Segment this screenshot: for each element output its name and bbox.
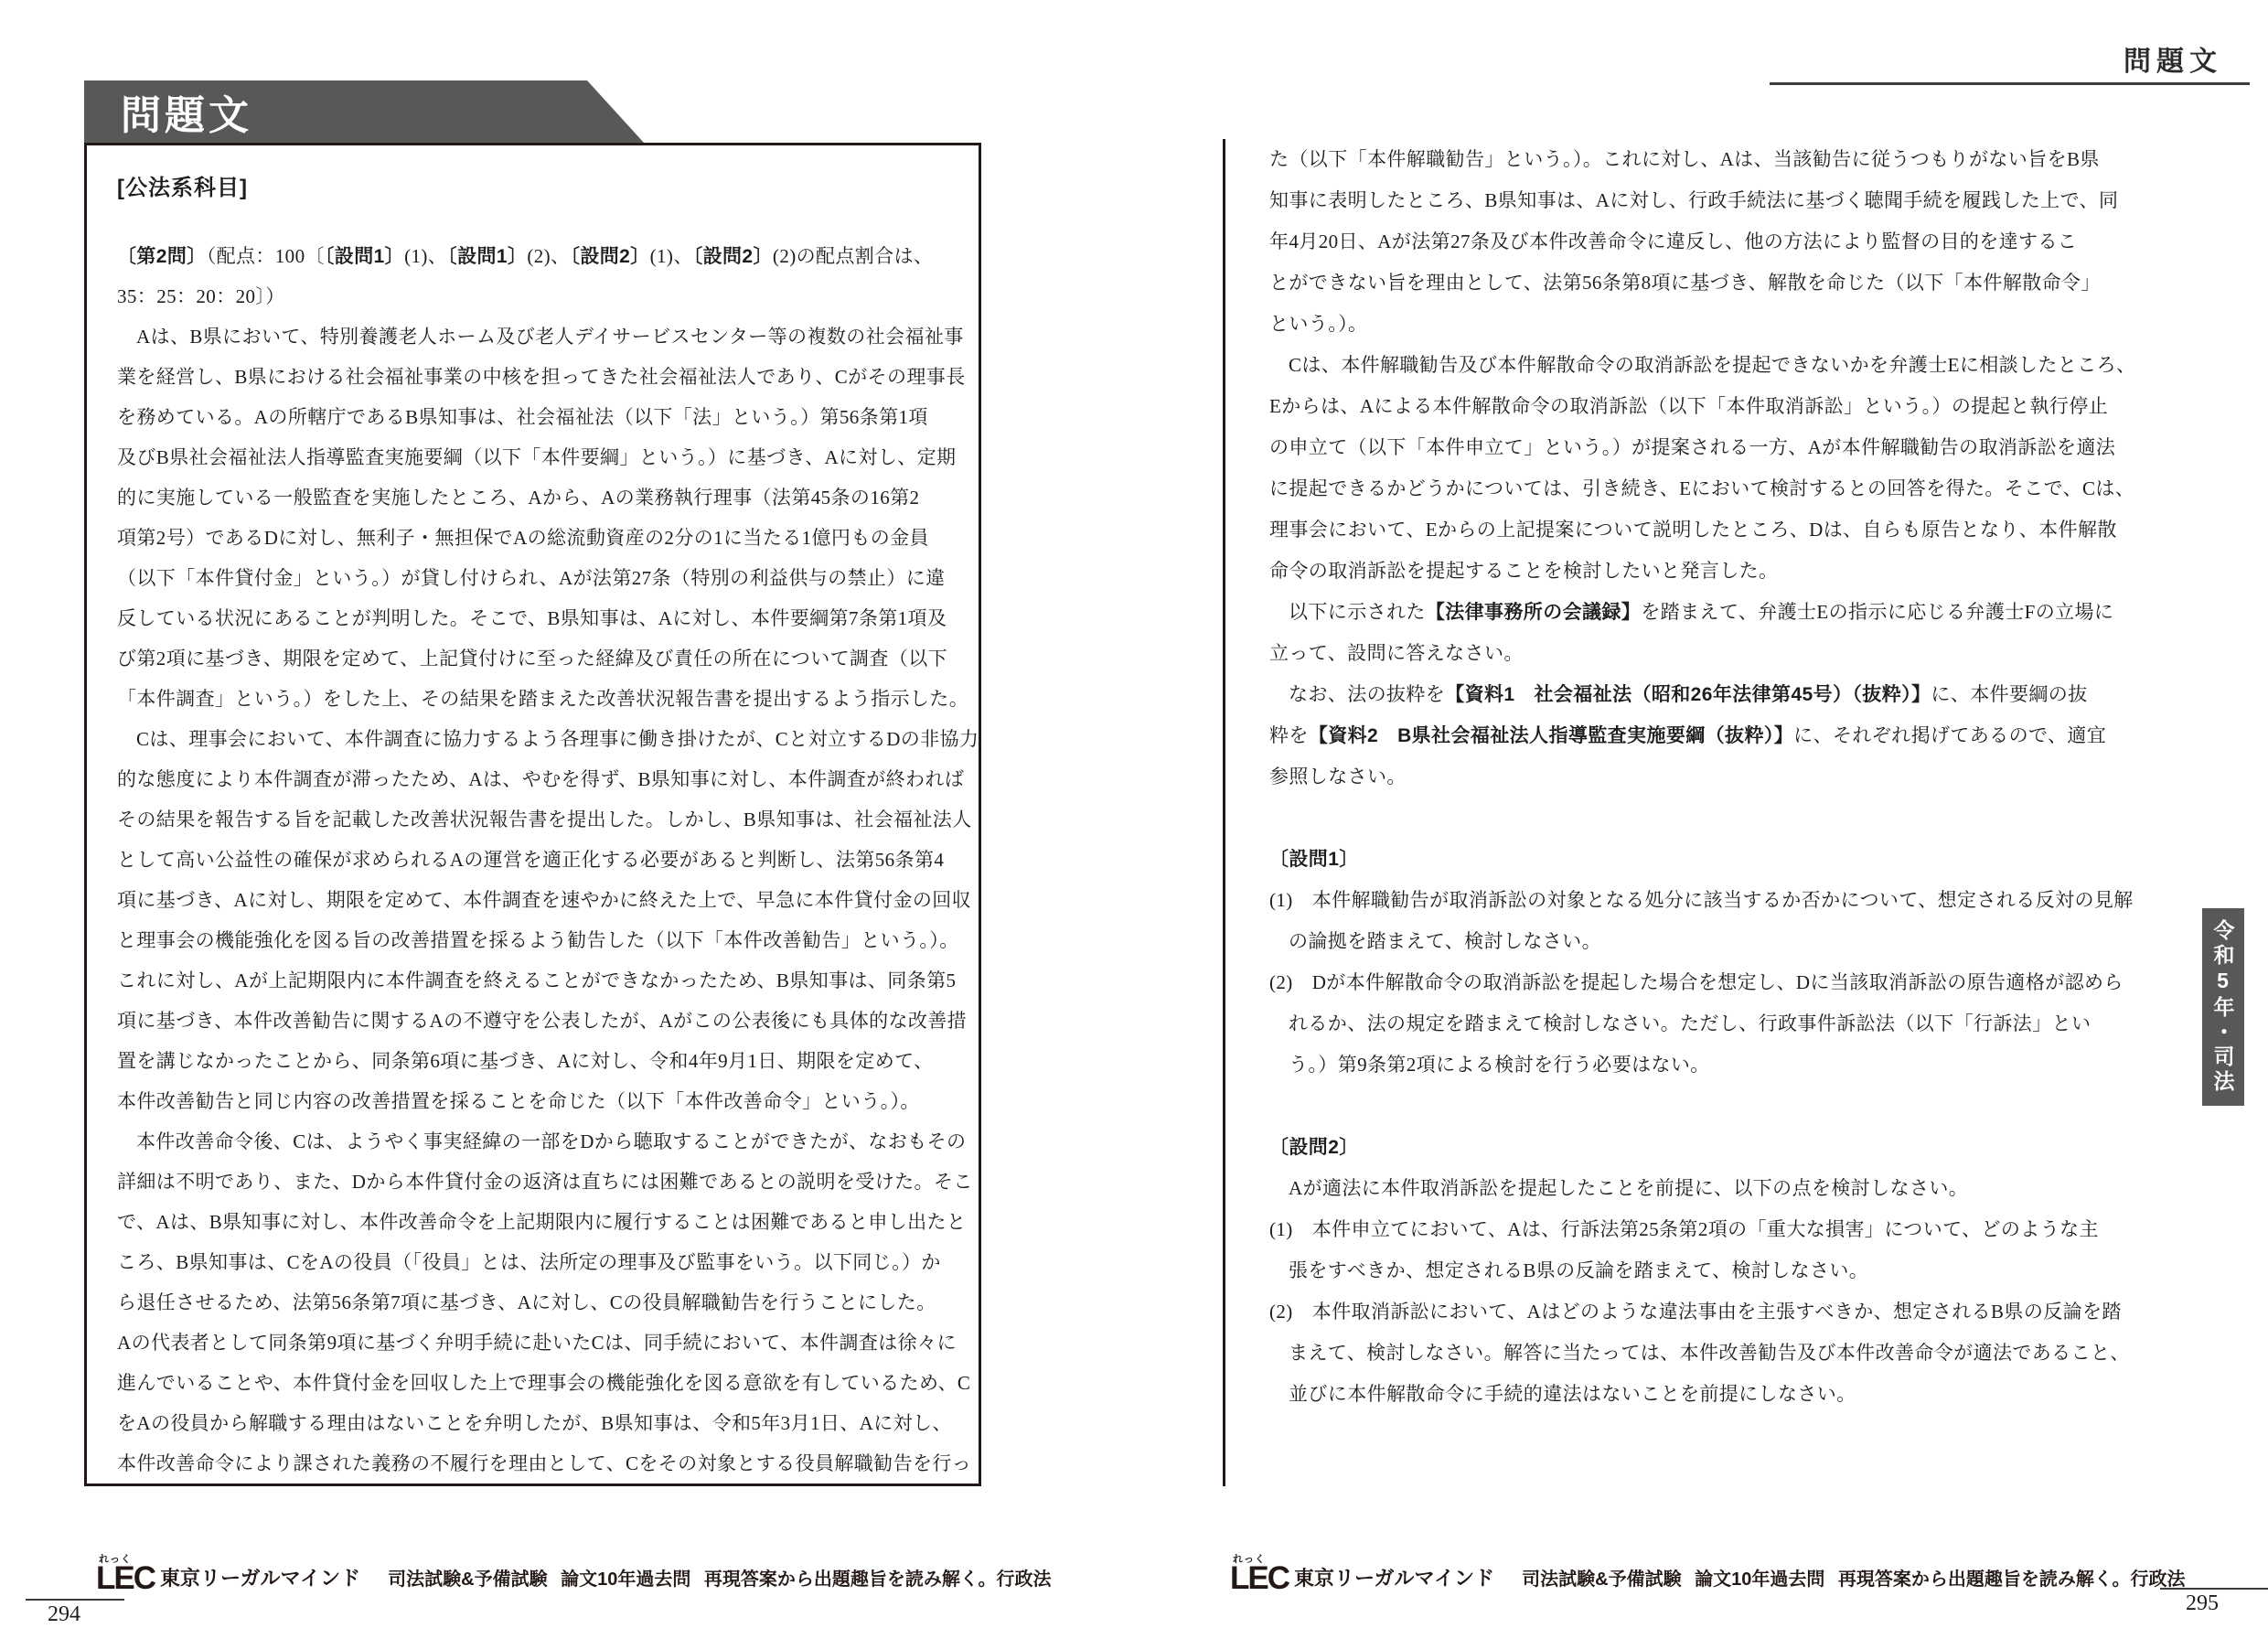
text-line: 「本件調査」という。）をした上、その結果を踏まえた改善状況報告書を提出するよう指… <box>117 679 977 719</box>
text-line: 本件改善命令により課された義務の不履行を理由として、Cをその対象とする役員解職勧… <box>117 1443 977 1484</box>
text-line: 本件改善命令後、Cは、ようやく事実経緯の一部をDから聴取することができたが、なお… <box>117 1121 977 1162</box>
text-line: とができない旨を理由として、法第56条第8項に基づき、解散を命じた（以下「本件解… <box>1269 262 2129 304</box>
text-line: を務めている。Aの所轄庁であるB県知事は、社会福祉法（以下「法」という。）第56… <box>117 397 977 437</box>
edition-side-tab-label: 令和5年・司法 <box>2209 919 2239 1095</box>
text-line: の申立て（以下「本件申立て」という。）が提案される一方、Aが本件解職勧告の取消訴… <box>1269 427 2129 468</box>
text-line: Cは、本件解職勧告及び本件解散命令の取消訴訟を提起できないかを弁護士Eに相談した… <box>1269 345 2129 386</box>
text-line: (1)本件解職勧告が取消訴訟の対象となる処分に該当するか否かについて、想定される… <box>1269 880 2129 921</box>
text-line: 粋を【資料2B県社会福祉法人指導監査実施要綱（抜粋）】に、それぞれ掲げてあるので… <box>1269 715 2129 756</box>
text-line: た（以下「本件解職勧告」という。）。これに対し、Aは、当該勧告に従うつもりがない… <box>1269 139 2129 180</box>
book-slogan: 司法試験&予備試験 論文10年過去問 再現答案から出題趣旨を読み解く。行政法 <box>388 1557 1051 1591</box>
text-line: Cは、理事会において、本件調査に協力するよう各理事に働き掛けたが、Cと対立するD… <box>117 719 977 759</box>
text-line: Eからは、Aによる本件解散命令の取消訴訟（以下「本件取消訴訟」という。）の提起と… <box>1269 386 2129 427</box>
page-number-right: 295 <box>2164 1591 2241 1616</box>
text-line: 並びに本件解散命令に手続的違法はないことを前提にしなさい。 <box>1269 1374 2129 1415</box>
text-line: に提起できるかどうかについては、引き続き、Eにおいて検討するとの回答を得た。そこ… <box>1269 468 2129 509</box>
footer-left: れっく LEC 東京リーガルマインド 司法試験&予備試験 論文10年過去問 再現… <box>96 1549 1052 1597</box>
text-line: の論拠を踏まえて、検討しなさい。 <box>1269 921 2129 962</box>
lec-logo: れっく LEC <box>96 1553 155 1594</box>
text-line: 業を経営し、B県における社会福祉事業の中核を担ってきた社会福祉法人であり、Cがそ… <box>117 357 977 397</box>
text-line: 〔設問2〕 <box>1269 1127 2129 1168</box>
page-number-rule-right <box>2160 1588 2268 1590</box>
lec-logo-furigana: れっく <box>99 1551 132 1566</box>
text-line: 進んでいることや、本件貸付金を回収した上で理事会の機能強化を図る意欲を有している… <box>117 1363 977 1403</box>
text-line: （以下「本件貸付金」という。）が貸し付けられ、Aが法第27条（特別の利益供与の禁… <box>117 558 977 598</box>
section-banner-title: 問題文 <box>121 82 252 141</box>
text-line: 立って、設問に答えなさい。 <box>1269 633 2129 674</box>
right-page-text: た（以下「本件解職勧告」という。）。これに対し、Aは、当該勧告に従うつもりがない… <box>1269 139 2129 1415</box>
text-line: 項に基づき、本件改善勧告に関するAの不遵守を公表したが、Aがこの公表後にも具体的… <box>117 1001 977 1041</box>
text-line: なお、法の抜粋を【資料1社会福祉法（昭和26年法律第45号）（抜粋）】に、本件要… <box>1269 674 2129 715</box>
text-line: 〔設問1〕 <box>1269 839 2129 880</box>
text-line: 的に実施している一般監査を実施したところ、Aから、Aの業務執行理事（法第45条の… <box>117 477 977 518</box>
section-banner: 問題文 <box>84 80 644 143</box>
text-line: 知事に表明したところ、B県知事は、Aに対し、行政手続法に基づく聴聞手続を履践した… <box>1269 180 2129 221</box>
text-line: Aは、B県において、特別養護老人ホーム及び老人デイサービスセンター等の複数の社会… <box>117 316 977 357</box>
text-line: 35：25：20：20〕） <box>117 276 977 316</box>
text-line: Aの代表者として同条第9項に基づく弁明手続に赴いたCは、同手続において、本件調査… <box>117 1323 977 1363</box>
text-line: 的な態度により本件調査が滞ったため、Aは、やむを得ず、B県知事に対し、本件調査が… <box>117 759 977 799</box>
text-line: と理事会の機能強化を図る旨の改善措置を採るよう勧告した（以下「本件改善勧告」とい… <box>117 920 977 960</box>
text-line: まえて、検討しなさい。解答に当たっては、本件改善勧告及び本件改善命令が適法である… <box>1269 1333 2129 1374</box>
text-line: 及びB県社会福祉法人指導監査実施要綱（以下「本件要綱」という。）に基づき、Aに対… <box>117 437 977 477</box>
text-line: (2)本件取消訴訟において、Aはどのような違法事由を主張すべきか、想定されるB県… <box>1269 1291 2129 1333</box>
page-number-rule-left <box>26 1599 124 1601</box>
text-line: 反している状況にあることが判明した。そこで、B県知事は、Aに対し、本件要綱第7条… <box>117 598 977 638</box>
footer-right: れっく LEC 東京リーガルマインド 司法試験&予備試験 論文10年過去問 再現… <box>1230 1549 2186 1597</box>
text-line: れるか、法の規定を踏まえて検討しなさい。ただし、行政事件訴訟法（以下「行訴法」と… <box>1269 1003 2129 1044</box>
text-line: 〔第2問〕（配点：100〔〔設問1〕(1)、〔設問1〕(2)、〔設問2〕(1)、… <box>117 236 977 276</box>
book-slogan: 司法試験&予備試験 論文10年過去問 再現答案から出題趣旨を読み解く。行政法 <box>1522 1557 2185 1591</box>
text-line: 張をすべきか、想定されるB県の反論を踏まえて、検討しなさい。 <box>1269 1250 2129 1291</box>
page-number-left: 294 <box>26 1602 102 1627</box>
text-line: う。）第9条第2項による検討を行う必要はない。 <box>1269 1044 2129 1086</box>
text-line: で、Aは、B県知事に対し、本件改善命令を上記期限内に履行することは困難であると申… <box>117 1202 977 1242</box>
text-line: (1)本件申立てにおいて、Aは、行訴法第25条第2項の「重大な損害」について、ど… <box>1269 1209 2129 1250</box>
text-line: 詳細は不明であり、また、Dから本件貸付金の返済は直ちには困難であるとの説明を受け… <box>117 1162 977 1202</box>
text-line: 以下に示された【法律事務所の会議録】を踏まえて、弁護士Eの指示に応じる弁護士Fの… <box>1269 592 2129 633</box>
publisher-name: 東京リーガルマインド <box>1294 1556 1494 1591</box>
lec-logo: れっく LEC <box>1230 1553 1289 1594</box>
text-line: 項に基づき、Aに対し、期限を定めて、本件調査を速やかに終えた上で、早急に本件貸付… <box>117 880 977 920</box>
publisher-name: 東京リーガルマインド <box>160 1556 360 1591</box>
left-page-text: 〔第2問〕（配点：100〔〔設問1〕(1)、〔設問1〕(2)、〔設問2〕(1)、… <box>117 236 977 1484</box>
text-line: び第2項に基づき、期限を定めて、上記貸付けに至った経緯及び責任の所在について調査… <box>117 638 977 679</box>
text-line: 置を講じなかったことから、同条第6項に基づき、Aに対し、令和4年9月1日、期限を… <box>117 1041 977 1081</box>
right-page-rule <box>1223 139 1225 1486</box>
text-line: という。）。 <box>1269 304 2129 345</box>
text-line: 項第2号）であるDに対し、無利子・無担保でAの総流動資産の2分の1に当たる1億円… <box>117 518 977 558</box>
text-line <box>1269 798 2129 839</box>
text-line: ころ、B県知事は、CをAの役員（「役員」とは、法所定の理事及び監事をいう。以下同… <box>117 1242 977 1282</box>
lec-logo-furigana: れっく <box>1233 1551 1266 1566</box>
edition-side-tab: 令和5年・司法 <box>2202 908 2244 1106</box>
text-line: 参照しなさい。 <box>1269 756 2129 798</box>
text-line: 本件改善勧告と同じ内容の改善措置を採ることを命じた（以下「本件改善命令」という。… <box>117 1081 977 1121</box>
running-head-rule <box>1770 82 2250 85</box>
subject-label: [公法系科目] <box>117 169 248 201</box>
running-head: 問題文 <box>2124 38 2222 79</box>
text-line: 理事会において、Eからの上記提案について説明したところ、Dは、自らも原告となり、… <box>1269 509 2129 551</box>
text-line: Aが適法に本件取消訴訟を提起したことを前提に、以下の点を検討しなさい。 <box>1269 1168 2129 1209</box>
text-line: (2)Dが本件解散命令の取消訴訟を提起した場合を想定し、Dに当該取消訴訟の原告適… <box>1269 962 2129 1003</box>
text-line: をAの役員から解職する理由はないことを弁明したが、B県知事は、令和5年3月1日、… <box>117 1403 977 1443</box>
text-line: これに対し、Aが上記期限内に本件調査を終えることができなかったため、B県知事は、… <box>117 960 977 1001</box>
book-spread: 問題文 問題文 [公法系科目] 〔第2問〕（配点：100〔〔設問1〕(1)、〔設… <box>0 0 2268 1639</box>
text-line: 命令の取消訴訟を提起することを検討したいと発言した。 <box>1269 551 2129 592</box>
text-line <box>1269 1086 2129 1127</box>
text-line: として高い公益性の確保が求められるAの運営を適正化する必要があると判断し、法第5… <box>117 840 977 880</box>
text-line: 年4月20日、Aが法第27条及び本件改善命令に違反し、他の方法により監督の目的を… <box>1269 221 2129 262</box>
text-line: その結果を報告する旨を記載した改善状況報告書を提出した。しかし、B県知事は、社会… <box>117 799 977 840</box>
text-line: ら退任させるため、法第56条第7項に基づき、Aに対し、Cの役員解職勧告を行うこと… <box>117 1282 977 1323</box>
